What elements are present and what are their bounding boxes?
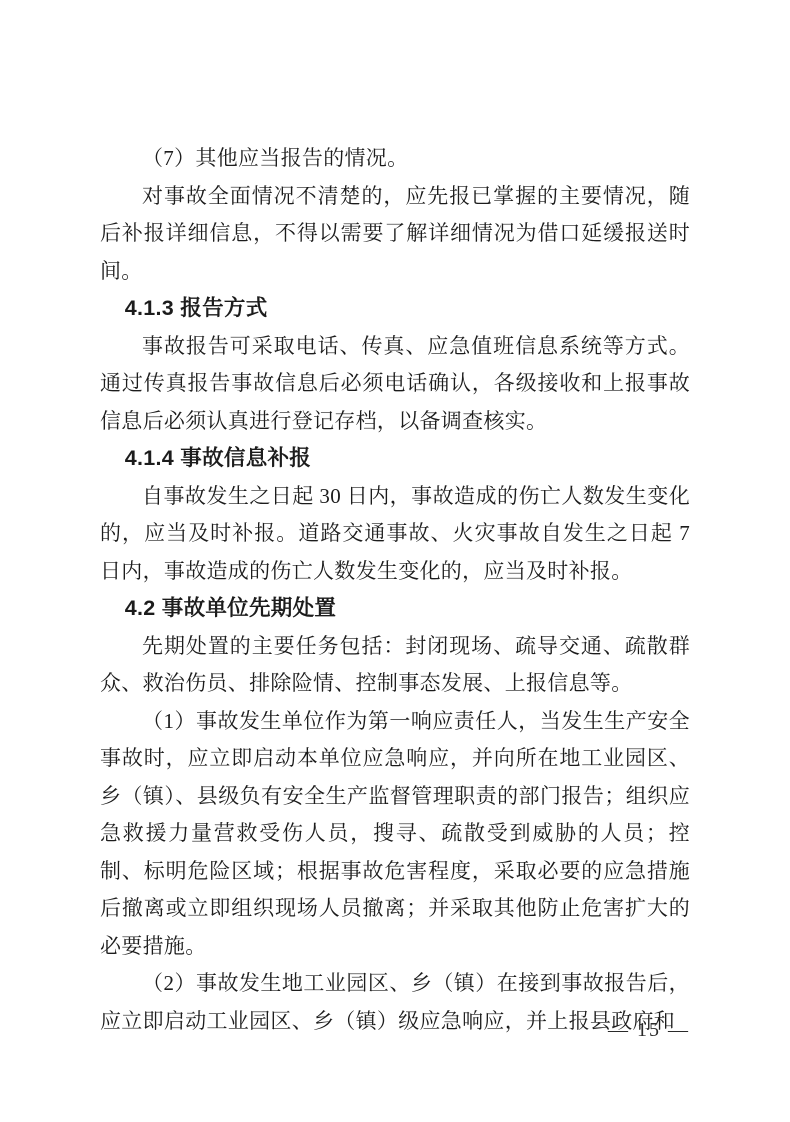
page-text-body: （7）其他应当报告的情况。 对事故全面情况不清楚的，应先报已掌握的主要情况，随后… <box>100 140 690 1040</box>
paragraph-supplement: 对事故全面情况不清楚的，应先报已掌握的主要情况，随后补报详细信息，不得以需要了解… <box>100 178 690 291</box>
paragraph-item-2: （2）事故发生地工业园区、乡（镇）在接到事故报告后，应立即启动工业园区、乡（镇）… <box>100 965 690 1040</box>
paragraph-report-method: 事故报告可采取电话、传真、应急值班信息系统等方式。通过传真报告事故信息后必须电话… <box>100 328 690 441</box>
heading-4-1-4: 4.1.4 事故信息补报 <box>100 440 690 478</box>
paragraph-initial-tasks: 先期处置的主要任务包括：封闭现场、疏导交通、疏散群众、救治伤员、排除险情、控制事… <box>100 628 690 703</box>
document-page: （7）其他应当报告的情况。 对事故全面情况不清楚的，应先报已掌握的主要情况，随后… <box>0 0 790 1122</box>
paragraph-item-1: （1）事故发生单位作为第一响应责任人，当发生生产安全事故时，应立即启动本单位应急… <box>100 703 690 966</box>
page-number: — 15 — <box>608 1016 690 1044</box>
paragraph-supplement-report: 自事故发生之日起 30 日内，事故造成的伤亡人数发生变化的，应当及时补报。道路交… <box>100 478 690 591</box>
heading-4-2: 4.2 事故单位先期处置 <box>100 590 690 628</box>
paragraph-item-7: （7）其他应当报告的情况。 <box>100 140 690 178</box>
heading-4-1-3: 4.1.3 报告方式 <box>100 290 690 328</box>
